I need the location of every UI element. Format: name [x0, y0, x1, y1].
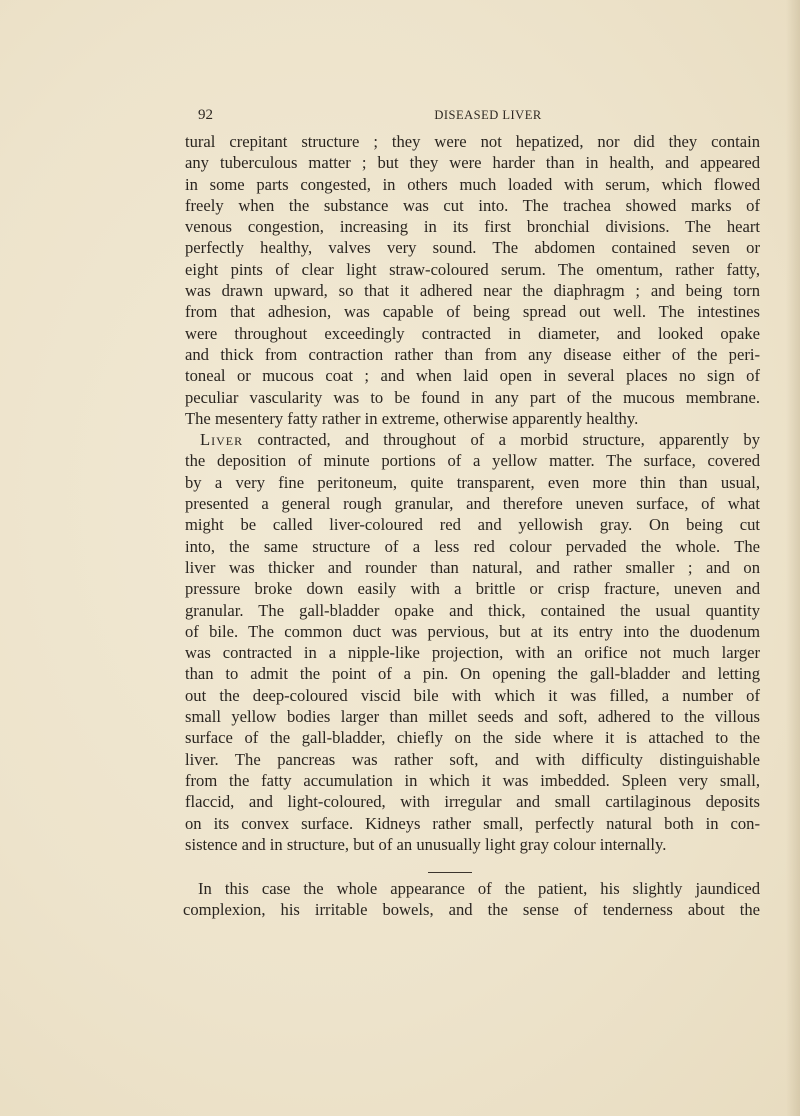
text-line: liver was thicker and rounder than natur… [185, 557, 760, 578]
text-line: In this case the whole appearance of the… [183, 878, 760, 899]
text-line: flaccid, and light-coloured, with irregu… [185, 791, 760, 812]
text-line: out the deep-coloured viscid bile with w… [185, 685, 760, 706]
text-line: liver. The pancreas was rather soft, and… [185, 749, 760, 770]
text-line: than to admit the point of a pin. On ope… [185, 663, 760, 684]
text-line: into, the same structure of a less red c… [185, 536, 760, 557]
running-header: 92 DISEASED LIVER [198, 107, 778, 125]
text-line: surface of the gall-bladder, chiefly on … [185, 727, 760, 748]
closing-paragraph: In this case the whole appearance of the… [183, 878, 760, 921]
text-line: toneal or mucous coat ; and when laid op… [185, 365, 760, 386]
text-line: small yellow bodies larger than millet s… [185, 706, 760, 727]
text-line: the deposition of minute portions of a y… [185, 450, 760, 471]
main-text: tural crepitant structure ; they were no… [185, 131, 760, 855]
text-line: of bile. The common duct was pervious, b… [185, 621, 760, 642]
section-divider [428, 872, 472, 873]
text-line: in some parts congested, in others much … [185, 174, 760, 195]
text-line: Liver contracted, and throughout of a mo… [185, 429, 760, 450]
text-line: presented a general rough granular, and … [185, 493, 760, 514]
text-line: was contracted in a nipple-like projecti… [185, 642, 760, 663]
text-line: from that adhesion, was capable of being… [185, 301, 760, 322]
text-line: freely when the substance was cut into. … [185, 195, 760, 216]
section-lead-word: Liver [200, 430, 243, 449]
text-line: any tuberculous matter ; but they were h… [185, 152, 760, 173]
running-title: DISEASED LIVER [198, 108, 778, 123]
text-span: contracted, and throughout of a morbid s… [243, 430, 760, 449]
text-line: eight pints of clear light straw-coloure… [185, 259, 760, 280]
text-line: venous congestion, increasing in its fir… [185, 216, 760, 237]
text-line: and thick from contraction rather than f… [185, 344, 760, 365]
text-line: pressure broke down easily with a brittl… [185, 578, 760, 599]
text-line: might be called liver-coloured red and y… [185, 514, 760, 535]
text-line: complexion, his irritable bowels, and th… [183, 899, 760, 920]
text-line: perfectly healthy, valves very sound. Th… [185, 237, 760, 258]
text-line: were throughout exceedingly contracted i… [185, 323, 760, 344]
text-line: peculiar vascularity was to be found in … [185, 387, 760, 408]
text-line: by a very fine peritoneum, quite transpa… [185, 472, 760, 493]
text-line: granular. The gall-bladder opake and thi… [185, 600, 760, 621]
page-edge-shadow [786, 0, 800, 1116]
text-line: on its convex surface. Kidneys rather sm… [185, 813, 760, 834]
text-line: The mesentery fatty rather in extreme, o… [185, 408, 760, 429]
text-line: was drawn upward, so that it adhered nea… [185, 280, 760, 301]
text-line: tural crepitant structure ; they were no… [185, 131, 760, 152]
text-line: sistence and in structure, but of an unu… [185, 834, 760, 855]
text-line: from the fatty accumulation in which it … [185, 770, 760, 791]
